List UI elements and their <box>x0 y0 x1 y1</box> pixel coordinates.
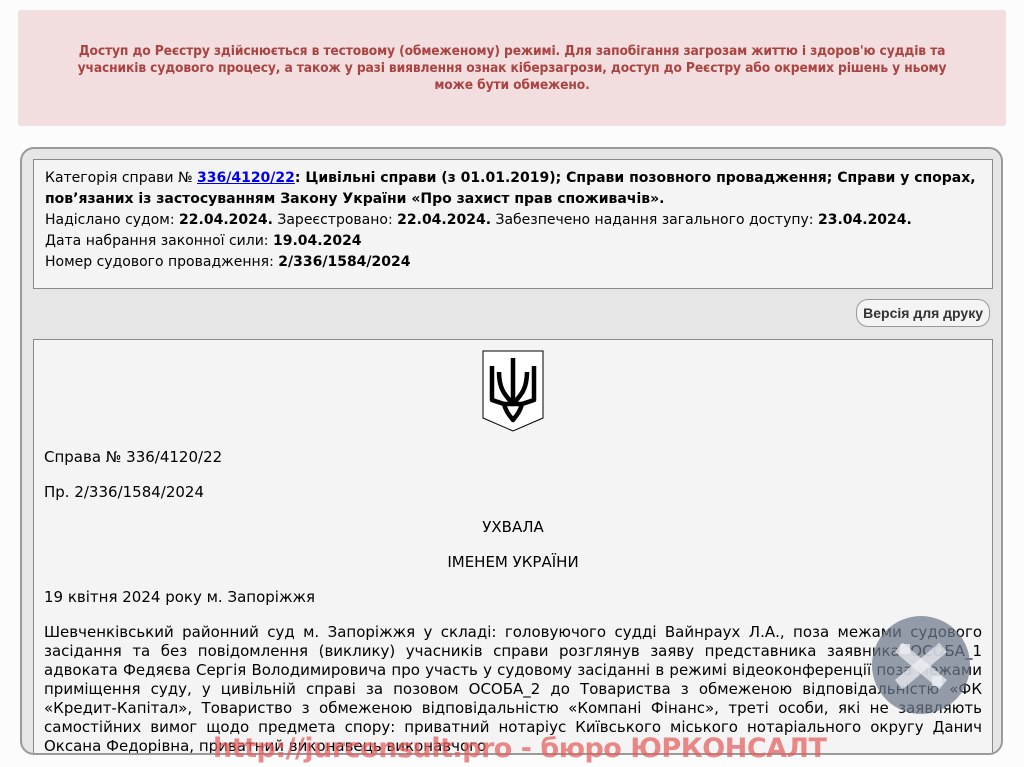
proceeding-number-line: Пр. 2/336/1584/2024 <box>44 483 982 502</box>
case-info-panel: Категорія справи № 336/4120/22: Цивільні… <box>33 159 993 289</box>
registered-value: 22.04.2024. <box>397 212 491 228</box>
category-label: Категорія справи № <box>45 170 193 186</box>
effective-date-value: 19.04.2024 <box>273 233 362 249</box>
decision-document: Справа № 336/4120/22 Пр. 2/336/1584/2024… <box>33 339 993 755</box>
public-access-label: Забезпечено надання загального доступу: <box>495 212 813 228</box>
watermark-text: http://jurconsult.pro - бюро ЮРКОНСАЛТ <box>213 733 826 765</box>
effective-date-label: Дата набрання законної сили: <box>45 233 269 249</box>
case-number-line: Справа № 336/4120/22 <box>44 448 982 467</box>
access-notice-text: Доступ до Реєстру здійснюється в тестово… <box>70 43 953 94</box>
proceeding-label: Номер судового провадження: <box>45 254 274 270</box>
date-place-line: 19 квітня 2024 року м. Запоріжжя <box>44 588 982 607</box>
document-subtitle: ІМЕНЕМ УКРАЇНИ <box>44 553 982 572</box>
case-number-link[interactable]: 336/4120/22 <box>197 170 295 186</box>
proceeding-value: 2/336/1584/2024 <box>278 254 410 270</box>
ukraine-coat-of-arms-icon <box>482 350 544 432</box>
print-version-button[interactable]: Версія для друку <box>856 299 990 327</box>
sent-value: 22.04.2024. <box>179 212 273 228</box>
proceeding-row: Номер судового провадження: 2/336/1584/2… <box>45 252 981 273</box>
effective-date-row: Дата набрання законної сили: 19.04.2024 <box>45 231 981 252</box>
decision-frame: Категорія справи № 336/4120/22: Цивільні… <box>20 147 1003 755</box>
document-title: УХВАЛА <box>44 518 982 537</box>
case-category-row: Категорія справи № 336/4120/22: Цивільні… <box>45 168 981 210</box>
dates-row: Надіслано судом: 22.04.2024. Зареєстрова… <box>45 210 981 231</box>
sent-label: Надіслано судом: <box>45 212 175 228</box>
registered-label: Зареєстровано: <box>277 212 392 228</box>
access-notice-banner: Доступ до Реєстру здійснюється в тестово… <box>18 10 1006 126</box>
jurconsult-logo-icon <box>872 616 970 714</box>
public-access-value: 23.04.2024. <box>818 212 912 228</box>
